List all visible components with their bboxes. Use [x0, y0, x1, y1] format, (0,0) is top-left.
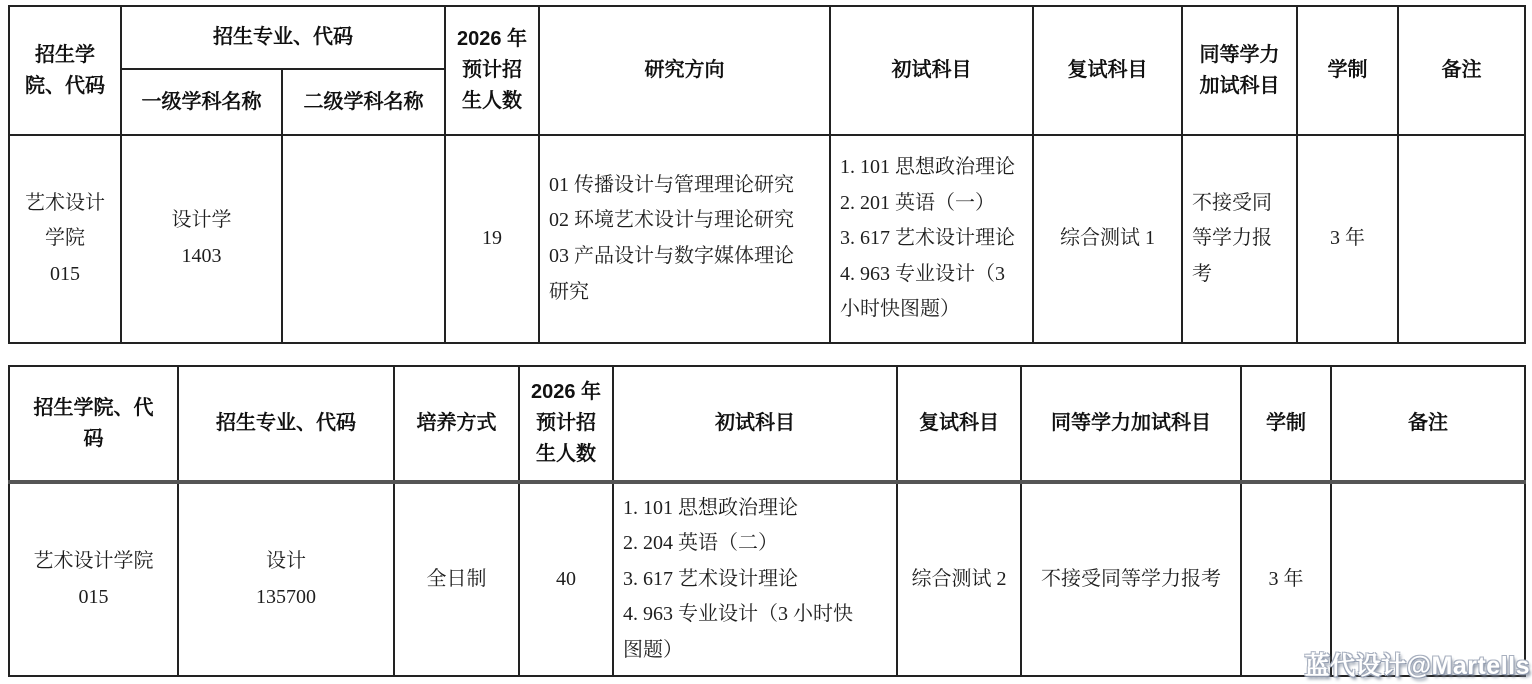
cell-secondary-discipline — [282, 135, 445, 343]
header-equivalency-exam: 同等学力加试科目 — [1021, 366, 1241, 482]
header-secondary-discipline: 二级学科名称 — [282, 69, 445, 135]
header-college-code: 招生学院、代 码 — [9, 366, 178, 482]
cell-remark — [1398, 135, 1525, 343]
cell-initial-exam: 1. 101 思想政治理论 2. 201 英语（一） 3. 617 艺术设计理论… — [830, 135, 1033, 343]
header-duration: 学制 — [1241, 366, 1331, 482]
header-remark: 备注 — [1398, 6, 1525, 135]
cell-major-code: 设计 135700 — [178, 482, 394, 676]
cell-college-code: 艺术设计 学院 015 — [9, 135, 121, 343]
header-initial-exam: 初试科目 — [830, 6, 1033, 135]
header-equivalency-exam: 同等学力 加试科目 — [1182, 6, 1297, 135]
cell-duration: 3 年 — [1297, 135, 1398, 343]
header-initial-exam: 初试科目 — [613, 366, 897, 482]
cell-retest: 综合测试 2 — [897, 482, 1021, 676]
header-quota-2026: 2026 年 预计招 生人数 — [445, 6, 539, 135]
table-master-academic: 招生学 院、代码 招生专业、代码 2026 年 预计招 生人数 研究方向 初试科… — [8, 5, 1526, 344]
table-row: 招生学院、代 码 招生专业、代码 培养方式 2026 年 预计招 生人数 初试科… — [9, 366, 1525, 482]
header-major-code-group: 招生专业、代码 — [121, 6, 445, 69]
cell-primary-discipline: 设计学 1403 — [121, 135, 282, 343]
cell-equivalency: 不接受同 等学力报 考 — [1182, 135, 1297, 343]
cell-training-mode: 全日制 — [394, 482, 519, 676]
cell-college-code: 艺术设计学院 015 — [9, 482, 178, 676]
cell-retest: 综合测试 1 — [1033, 135, 1182, 343]
header-training-mode: 培养方式 — [394, 366, 519, 482]
table-row: 艺术设计学院 015 设计 135700 全日制 40 1. 101 思想政治理… — [9, 482, 1525, 676]
header-remark: 备注 — [1331, 366, 1525, 482]
header-retest: 复试科目 — [1033, 6, 1182, 135]
header-college-code: 招生学 院、代码 — [9, 6, 121, 135]
cell-research-direction: 01 传播设计与管理理论研究 02 环境艺术设计与理论研究 03 产品设计与数字… — [539, 135, 830, 343]
cell-initial-exam: 1. 101 思想政治理论 2. 204 英语（二） 3. 617 艺术设计理论… — [613, 482, 897, 676]
cell-quota: 19 — [445, 135, 539, 343]
cell-equivalency: 不接受同等学力报考 — [1021, 482, 1241, 676]
table-row: 招生学 院、代码 招生专业、代码 2026 年 预计招 生人数 研究方向 初试科… — [9, 6, 1525, 69]
watermark: 蓝代设计@Martells — [1305, 646, 1530, 682]
header-major-code: 招生专业、代码 — [178, 366, 394, 482]
header-duration: 学制 — [1297, 6, 1398, 135]
table-row: 艺术设计 学院 015 设计学 1403 19 01 传播设计与管理理论研究 0… — [9, 135, 1525, 343]
header-retest: 复试科目 — [897, 366, 1021, 482]
header-quota-2026: 2026 年 预计招 生人数 — [519, 366, 613, 482]
header-research-direction: 研究方向 — [539, 6, 830, 135]
table-master-professional: 招生学院、代 码 招生专业、代码 培养方式 2026 年 预计招 生人数 初试科… — [8, 365, 1526, 677]
cell-quota: 40 — [519, 482, 613, 676]
header-primary-discipline: 一级学科名称 — [121, 69, 282, 135]
